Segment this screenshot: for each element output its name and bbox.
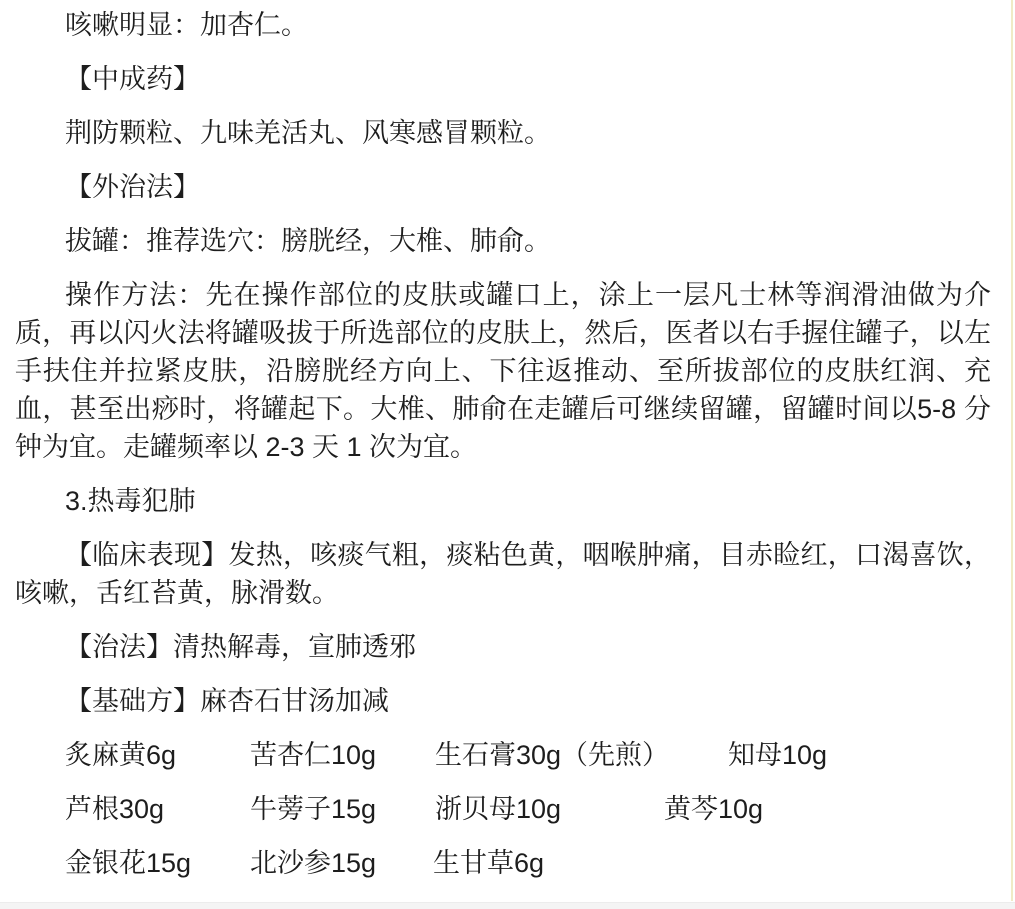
herb-row: 炙麻黄6g 苦杏仁10g 生石膏30g（先煎） 知母10g	[15, 736, 991, 774]
herb-item: 牛蒡子15g	[250, 790, 435, 828]
clinical-manifestation: 【临床表现】发热，咳痰气粗，痰粘色黄，咽喉肿痛，目赤睑红，口渴喜饮，咳嗽，舌红苔…	[15, 536, 991, 612]
herb-item: 金银花15g	[65, 844, 250, 882]
patent-medicine-heading: 【中成药】	[15, 60, 991, 98]
herb-item: 生石膏30g（先煎）	[435, 736, 728, 774]
syndrome-3-title: 3.热毒犯肺	[15, 482, 991, 520]
herb-item: 浙贝母10g	[435, 790, 664, 828]
herb-row: 金银花15g 北沙参15g 生甘草6g	[15, 844, 991, 882]
herb-item: 苦杏仁10g	[250, 736, 435, 774]
page-edge-rule	[1011, 0, 1013, 901]
external-treatment-heading: 【外治法】	[15, 168, 991, 206]
herb-item: 生甘草6g	[433, 844, 544, 882]
herb-item: 黄芩10g	[664, 790, 763, 828]
document-body: 咳嗽明显：加杏仁。 【中成药】 荆防颗粒、九味羌活丸、风寒感冒颗粒。 【外治法】…	[0, 0, 1015, 882]
herb-row: 芦根30g 牛蒡子15g 浙贝母10g 黄芩10g	[15, 790, 991, 828]
herb-item: 炙麻黄6g	[65, 736, 250, 774]
base-formula: 【基础方】麻杏石甘汤加减	[15, 682, 991, 720]
bottom-window-edge	[0, 902, 1015, 909]
herb-item: 芦根30g	[65, 790, 250, 828]
herb-item: 知母10g	[728, 736, 827, 774]
cupping-acupoints: 拔罐：推荐选穴：膀胱经，大椎、肺俞。	[15, 222, 991, 260]
cupping-operation-method: 操作方法：先在操作部位的皮肤或罐口上，涂上一层凡士林等润滑油做为介质，再以闪火法…	[15, 276, 991, 466]
patent-medicine-list: 荆防颗粒、九味羌活丸、风寒感冒颗粒。	[15, 114, 991, 152]
treatment-principle: 【治法】清热解毒，宣肺透邪	[15, 628, 991, 666]
document-page: 咳嗽明显：加杏仁。 【中成药】 荆防颗粒、九味羌活丸、风寒感冒颗粒。 【外治法】…	[0, 0, 1015, 909]
herb-item: 北沙参15g	[250, 844, 433, 882]
cough-addition-note: 咳嗽明显：加杏仁。	[15, 6, 991, 44]
